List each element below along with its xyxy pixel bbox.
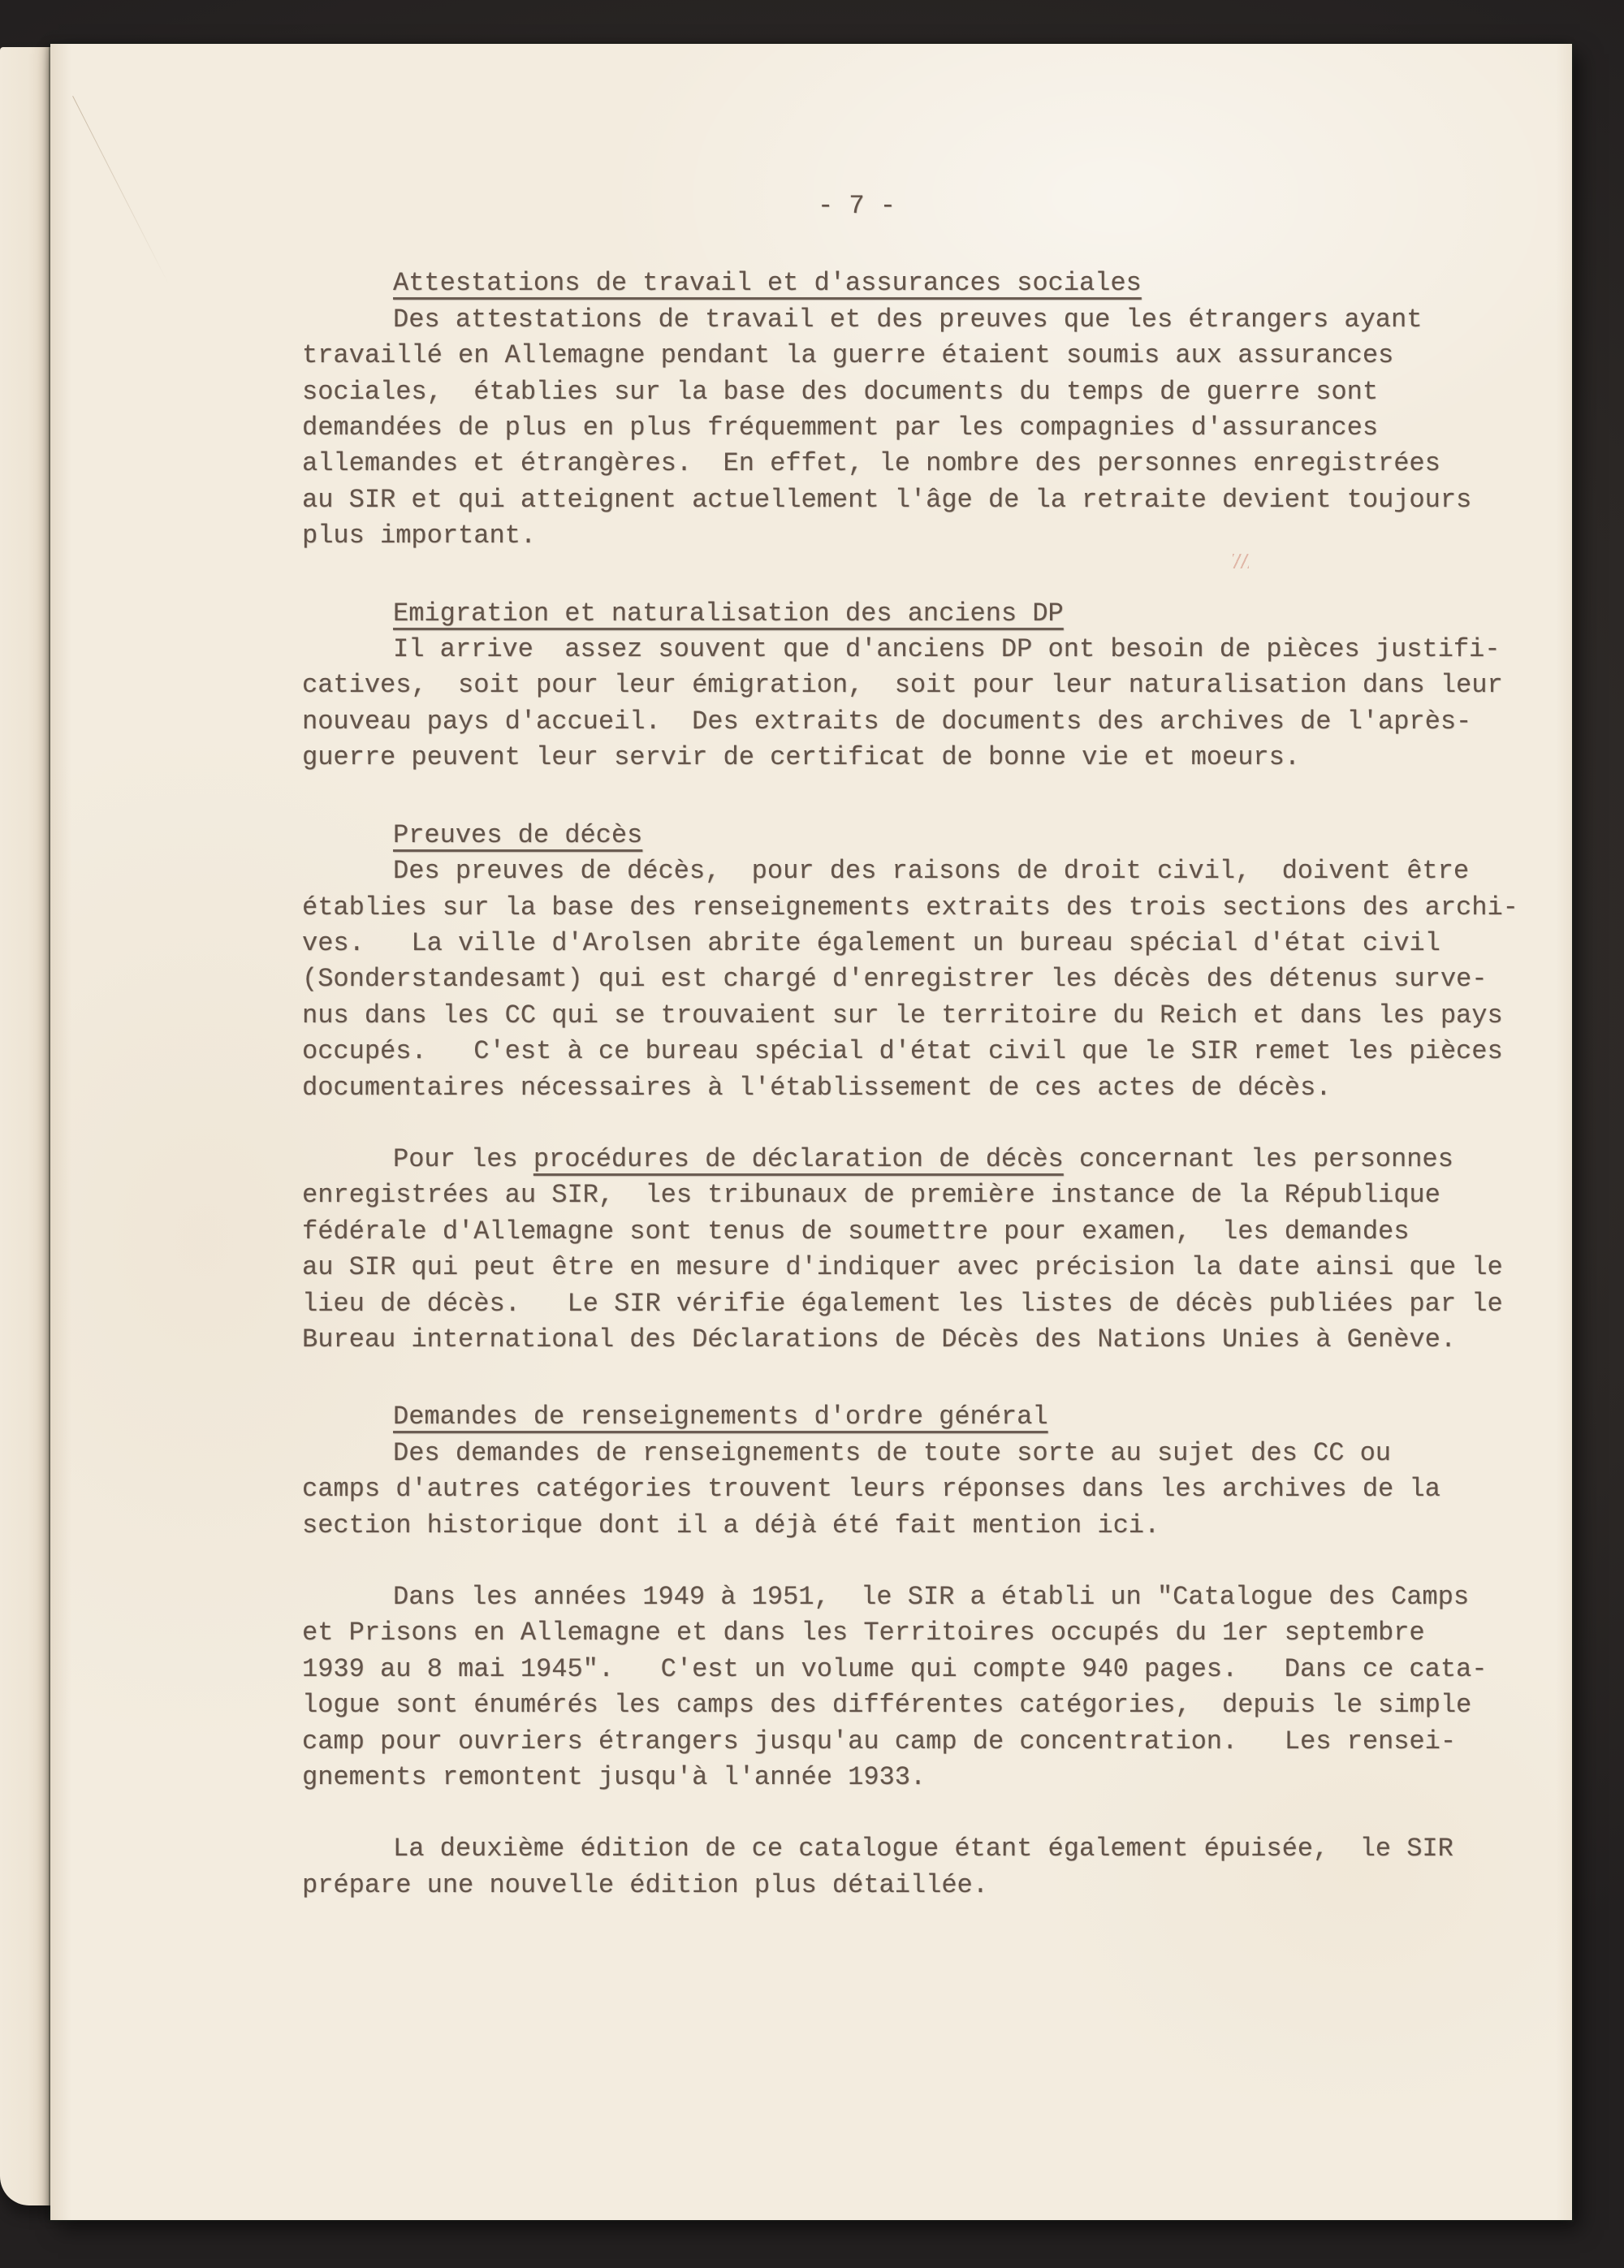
paragraph: Pour les procédures de déclaration de dé… bbox=[302, 1142, 1533, 1358]
section-heading: Emigration et naturalisation des anciens… bbox=[302, 596, 1533, 632]
section-heading: Attestations de travail et d'assurances … bbox=[302, 266, 1533, 301]
text-line: établies sur la base des renseignements … bbox=[302, 890, 1533, 926]
text-run: ves. La ville d'Arolsen abrite également… bbox=[302, 928, 1440, 958]
text-run: nouveau pays d'accueil. Des extraits de … bbox=[302, 706, 1471, 737]
text-run: 1939 au 8 mai 1945". C'est un volume qui… bbox=[302, 1654, 1487, 1684]
text-line: ves. La ville d'Arolsen abrite également… bbox=[302, 926, 1533, 961]
text-line: camp pour ouvriers étrangers jusqu'au ca… bbox=[302, 1724, 1533, 1760]
paragraph: Des preuves de décès, pour des raisons d… bbox=[302, 853, 1533, 1106]
underlying-page-edge bbox=[0, 47, 54, 2205]
document-section: Emigration et naturalisation des anciens… bbox=[302, 596, 1533, 776]
text-line: Pour les procédures de déclaration de dé… bbox=[302, 1142, 1533, 1177]
text-run: travaillé en Allemagne pendant la guerre… bbox=[302, 340, 1393, 370]
text-line: section historique dont il a déjà été fa… bbox=[302, 1508, 1533, 1544]
document-section: Demandes de renseignements d'ordre génér… bbox=[302, 1399, 1533, 1903]
text-run: documentaires nécessaires à l'établissem… bbox=[302, 1073, 1331, 1103]
text-line: sociales, établies sur la base des docum… bbox=[302, 374, 1533, 410]
document-content: Attestations de travail et d'assurances … bbox=[302, 266, 1533, 1903]
text-run: concernant les personnes bbox=[1064, 1144, 1453, 1174]
text-run: camps d'autres catégories trouvent leurs… bbox=[302, 1474, 1440, 1504]
page-content: - 7 - Attestations de travail et d'assur… bbox=[302, 188, 1533, 1903]
text-line: logue sont énumérés les camps des différ… bbox=[302, 1687, 1533, 1723]
scanned-document-screenshot: { "page_number": "- 7 -", "colors": { "i… bbox=[0, 0, 1624, 2268]
text-run: au SIR qui peut être en mesure d'indique… bbox=[302, 1252, 1503, 1282]
text-line: Des preuves de décès, pour des raisons d… bbox=[302, 853, 1533, 889]
text-line: prépare une nouvelle édition plus détail… bbox=[302, 1868, 1533, 1903]
text-run: guerre peuvent leur servir de certificat… bbox=[302, 742, 1300, 772]
text-line: enregistrées au SIR, les tribunaux de pr… bbox=[302, 1177, 1533, 1213]
text-line: au SIR qui peut être en mesure d'indique… bbox=[302, 1250, 1533, 1285]
text-line: Des demandes de renseignements de toute … bbox=[302, 1436, 1533, 1471]
text-run: Des demandes de renseignements de toute … bbox=[393, 1438, 1391, 1468]
text-run: sociales, établies sur la base des docum… bbox=[302, 377, 1378, 407]
text-run: occupés. C'est à ce bureau spécial d'éta… bbox=[302, 1036, 1503, 1066]
paragraph: Des demandes de renseignements de toute … bbox=[302, 1436, 1533, 1544]
text-line: fédérale d'Allemagne sont tenus de soume… bbox=[302, 1214, 1533, 1250]
text-run: Des attestations de travail et des preuv… bbox=[393, 305, 1422, 335]
text-line: au SIR et qui atteignent actuellement l'… bbox=[302, 482, 1533, 518]
text-run: enregistrées au SIR, les tribunaux de pr… bbox=[302, 1180, 1440, 1210]
document-page: - 7 - Attestations de travail et d'assur… bbox=[50, 44, 1572, 2220]
text-line: Dans les années 1949 à 1951, le SIR a ét… bbox=[302, 1579, 1533, 1615]
text-line: travaillé en Allemagne pendant la guerre… bbox=[302, 338, 1533, 374]
text-run: Pour les bbox=[393, 1144, 533, 1174]
text-line: allemandes et étrangères. En effet, le n… bbox=[302, 446, 1533, 482]
text-line: Il arrive assez souvent que d'anciens DP… bbox=[302, 632, 1533, 667]
ink-smudge bbox=[1233, 554, 1249, 568]
text-run: camp pour ouvriers étrangers jusqu'au ca… bbox=[302, 1726, 1456, 1756]
text-run: gnements remontent jusqu'à l'année 1933. bbox=[302, 1762, 926, 1792]
text-run: section historique dont il a déjà été fa… bbox=[302, 1510, 1160, 1540]
text-line: documentaires nécessaires à l'établissem… bbox=[302, 1070, 1533, 1106]
text-line: et Prisons en Allemagne et dans les Terr… bbox=[302, 1615, 1533, 1651]
text-run: Des preuves de décès, pour des raisons d… bbox=[393, 856, 1469, 886]
text-run: prépare une nouvelle édition plus détail… bbox=[302, 1870, 988, 1900]
text-line: La deuxième édition de ce catalogue étan… bbox=[302, 1831, 1533, 1867]
text-line: plus important. bbox=[302, 518, 1533, 554]
text-run: (Sonderstandesamt) qui est chargé d'enre… bbox=[302, 964, 1487, 994]
text-run: lieu de décès. Le SIR vérifie également … bbox=[302, 1289, 1503, 1319]
text-line: demandées de plus en plus fréquemment pa… bbox=[302, 410, 1533, 446]
paragraph: Il arrive assez souvent que d'anciens DP… bbox=[302, 632, 1533, 776]
text-line: catives, soit pour leur émigration, soit… bbox=[302, 667, 1533, 703]
text-run: et Prisons en Allemagne et dans les Terr… bbox=[302, 1618, 1425, 1648]
text-line: lieu de décès. Le SIR vérifie également … bbox=[302, 1286, 1533, 1322]
text-line: Bureau international des Déclarations de… bbox=[302, 1322, 1533, 1358]
text-run: fédérale d'Allemagne sont tenus de soume… bbox=[302, 1216, 1409, 1246]
underlined-phrase: procédures de déclaration de décès bbox=[533, 1144, 1064, 1174]
section-heading: Preuves de décès bbox=[302, 818, 1533, 853]
document-section: Preuves de décèsDes preuves de décès, po… bbox=[302, 818, 1533, 1359]
text-run: Dans les années 1949 à 1951, le SIR a ét… bbox=[393, 1582, 1469, 1612]
text-run: catives, soit pour leur émigration, soit… bbox=[302, 670, 1503, 700]
text-line: nus dans les CC qui se trouvaient sur le… bbox=[302, 998, 1533, 1034]
page-number: - 7 - bbox=[302, 188, 1533, 224]
paragraph: La deuxième édition de ce catalogue étan… bbox=[302, 1831, 1533, 1903]
text-line: Des attestations de travail et des preuv… bbox=[302, 302, 1533, 338]
text-run: établies sur la base des renseignements … bbox=[302, 892, 1518, 922]
text-line: nouveau pays d'accueil. Des extraits de … bbox=[302, 704, 1533, 740]
text-run: allemandes et étrangères. En effet, le n… bbox=[302, 448, 1440, 478]
section-heading: Demandes de renseignements d'ordre génér… bbox=[302, 1399, 1533, 1435]
text-run: au SIR et qui atteignent actuellement l'… bbox=[302, 485, 1471, 515]
text-run: Il arrive assez souvent que d'anciens DP… bbox=[393, 634, 1500, 664]
text-line: camps d'autres catégories trouvent leurs… bbox=[302, 1471, 1533, 1507]
text-line: guerre peuvent leur servir de certificat… bbox=[302, 740, 1533, 775]
text-run: nus dans les CC qui se trouvaient sur le… bbox=[302, 1000, 1503, 1030]
text-run: logue sont énumérés les camps des différ… bbox=[302, 1690, 1471, 1720]
text-line: 1939 au 8 mai 1945". C'est un volume qui… bbox=[302, 1652, 1533, 1687]
document-section: Attestations de travail et d'assurances … bbox=[302, 266, 1533, 554]
text-line: (Sonderstandesamt) qui est chargé d'enre… bbox=[302, 961, 1533, 997]
text-run: Bureau international des Déclarations de… bbox=[302, 1324, 1456, 1354]
page-crease bbox=[72, 96, 169, 284]
paragraph: Dans les années 1949 à 1951, le SIR a ét… bbox=[302, 1579, 1533, 1795]
text-run: La deuxième édition de ce catalogue étan… bbox=[393, 1834, 1453, 1864]
text-line: occupés. C'est à ce bureau spécial d'éta… bbox=[302, 1034, 1533, 1069]
text-run: demandées de plus en plus fréquemment pa… bbox=[302, 413, 1378, 443]
text-line: gnements remontent jusqu'à l'année 1933. bbox=[302, 1760, 1533, 1795]
paragraph: Des attestations de travail et des preuv… bbox=[302, 302, 1533, 555]
text-run: plus important. bbox=[302, 521, 536, 551]
